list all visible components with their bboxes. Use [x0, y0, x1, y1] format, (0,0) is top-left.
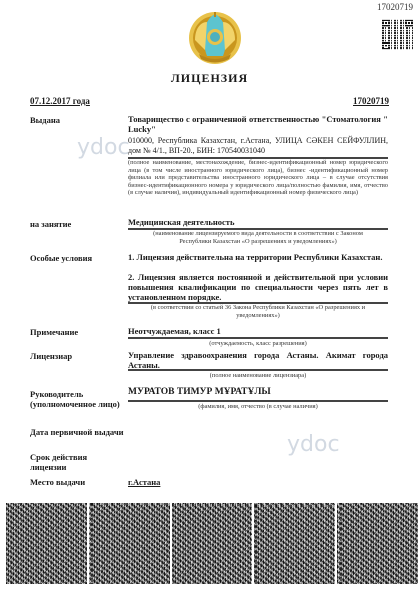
divider — [128, 337, 388, 339]
doc-number-top: 17020719 — [377, 2, 413, 12]
verification-code-block — [337, 503, 418, 584]
note-label: Примечание — [30, 327, 78, 337]
issue-date: 07.12.2017 года — [30, 96, 90, 106]
activity-hint: (наименование лицензируемого вида деятел… — [128, 230, 388, 245]
head-label-line1: Руководитель — [30, 389, 83, 399]
activity-label: на занятие — [30, 219, 71, 229]
first-issue-date-label: Дата первичной выдачи — [30, 427, 124, 437]
head-label-line2: (уполномоченное лицо) — [30, 399, 120, 409]
licensor-value: Управление здравоохранения города Астаны… — [128, 350, 388, 370]
divider — [128, 400, 388, 402]
license-number: 17020719 — [353, 96, 389, 106]
activity-value: Медицинская деятельность — [128, 217, 388, 227]
issued-to-value: Товарищество с ограниченной ответственно… — [128, 114, 388, 134]
divider — [128, 369, 388, 371]
issued-to-hint: (полное наименование, местонахождение, б… — [128, 159, 388, 197]
verification-code-block — [254, 503, 335, 584]
document-title: ЛИЦЕНЗИЯ — [0, 71, 419, 86]
special-condition-2: 2. Лицензия является постоянной и действ… — [128, 272, 388, 302]
watermark: ydoc — [287, 432, 340, 457]
state-emblem-icon — [185, 10, 245, 65]
special-conditions-hint: (в соответствии со статьей 36 Закона Рес… — [128, 304, 388, 319]
note-value: Неотчуждаемая, класс 1 — [128, 326, 388, 336]
special-condition-1: 1. Лицензия действительна на территории … — [128, 252, 388, 262]
qr-code-icon — [382, 19, 413, 50]
watermark: ydoc — [77, 135, 130, 160]
validity-label-line2: лицензии — [30, 462, 66, 472]
place-label: Место выдачи — [30, 477, 85, 487]
validity-label-line1: Срок действия — [30, 452, 87, 462]
place-value: г.Астана — [128, 477, 160, 487]
issued-to-address: 010000, Республика Казахстан, г.Астана, … — [128, 136, 388, 156]
licensor-hint: (полное наименование лицензиара) — [128, 372, 388, 380]
verification-code-block — [89, 503, 170, 584]
note-hint: (отчуждаемость, класс разрешения) — [128, 340, 388, 348]
head-value: МУРАТОВ ТИМУР МҰРАТҰЛЫ — [128, 387, 388, 397]
special-conditions-label: Особые условия — [30, 253, 92, 263]
verification-code-block — [6, 503, 87, 584]
verification-codes — [6, 503, 418, 584]
verification-code-block — [172, 503, 253, 584]
head-hint: (фамилия, имя, отчество (в случае наличи… — [128, 403, 388, 411]
licensor-label: Лицензиар — [30, 351, 72, 361]
issued-to-label: Выдана — [30, 115, 60, 125]
